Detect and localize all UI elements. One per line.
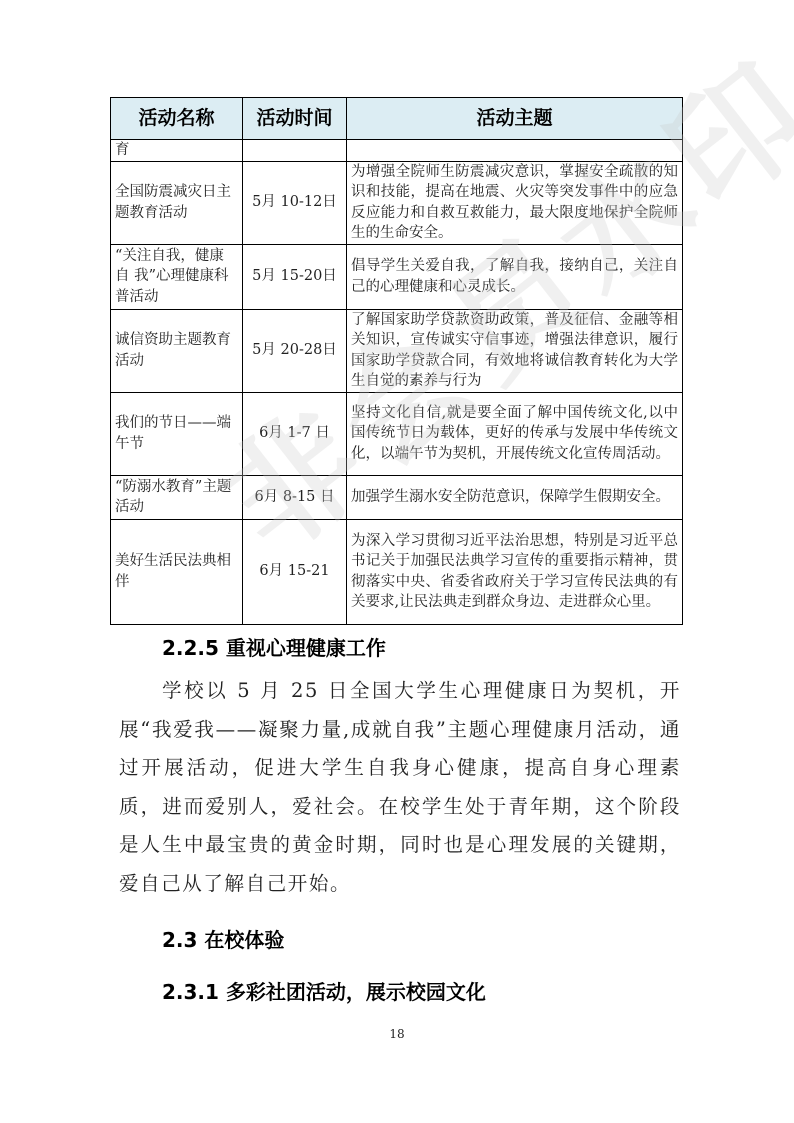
activity-topic: 为深入学习贯彻习近平法治思想，特别是习近平总书记关于加强民法典学习宣传的重要指示…: [347, 519, 683, 624]
table-row: 全国防震减灾日主题教育活动 5月 10-12日 为增强全院师生防震减灾意识，掌握…: [111, 161, 683, 244]
document-page: 活动名称 活动时间 活动主题 育 全国防震减灾日主题教育活动 5月 10-12日…: [0, 0, 794, 1123]
activity-date: 5月 10-12日: [243, 161, 347, 244]
section-heading-2-3-1: 2.3.1 多彩社团活动，展示校园文化: [162, 976, 486, 1005]
header-activity-topic: 活动主题: [347, 98, 683, 140]
section-heading-2-2-5: 2.2.5 重视心理健康工作: [162, 632, 386, 661]
activity-topic: 加强学生溺水安全防范意识，保障学生假期安全。: [347, 475, 683, 519]
activity-topic: 坚持文化自信,就是要全面了解中国传统文化,以中国传统节日为载体，更好的传承与发展…: [347, 392, 683, 475]
table-row: 美好生活民法典相伴 6月 15-21 为深入学习贯彻习近平法治思想，特别是习近平…: [111, 519, 683, 624]
activity-topic: [347, 140, 683, 162]
activity-date: 5月 20-28日: [243, 309, 347, 392]
activity-date: 6月 1-7 日: [243, 392, 347, 475]
section-body-2-2-5: 学校以 5 月 25 日全国大学生心理健康日为契机，开展“我爱我——凝聚力量,成…: [119, 672, 681, 903]
activity-date: 5月 15-20日: [243, 244, 347, 309]
activity-name: 诚信资助主题教育活动: [111, 309, 243, 392]
activity-name: 美好生活民法典相伴: [111, 519, 243, 624]
header-activity-name: 活动名称: [111, 98, 243, 140]
activity-date: [243, 140, 347, 162]
activity-date: 6月 8-15 日: [243, 475, 347, 519]
activity-topic: 为增强全院师生防震减灾意识，掌握安全疏散的知识和技能，提高在地震、火灾等突发事件…: [347, 161, 683, 244]
activity-table: 活动名称 活动时间 活动主题 育 全国防震减灾日主题教育活动 5月 10-12日…: [110, 97, 683, 625]
table-row: 育: [111, 140, 683, 162]
activity-name: 全国防震减灾日主题教育活动: [111, 161, 243, 244]
table-row: 诚信资助主题教育活动 5月 20-28日 了解国家助学贷款资助政策，普及征信、金…: [111, 309, 683, 392]
activity-date: 6月 15-21: [243, 519, 347, 624]
table-header-row: 活动名称 活动时间 活动主题: [111, 98, 683, 140]
activity-name: 我们的节日——端午节: [111, 392, 243, 475]
page-number: 18: [0, 1027, 794, 1041]
activity-name: “防溺水教育”主题活动: [111, 475, 243, 519]
section-heading-2-3: 2.3 在校体验: [162, 924, 284, 953]
activity-name: “关注自我，健康自 我”心理健康科普活动: [111, 244, 243, 309]
header-activity-time: 活动时间: [243, 98, 347, 140]
activity-topic: 倡导学生关爱自我，了解自我，接纳自己，关注自己的心理健康和心灵成长。: [347, 244, 683, 309]
table-row: 我们的节日——端午节 6月 1-7 日 坚持文化自信,就是要全面了解中国传统文化…: [111, 392, 683, 475]
activity-name: 育: [111, 140, 243, 162]
table-row: “防溺水教育”主题活动 6月 8-15 日 加强学生溺水安全防范意识，保障学生假…: [111, 475, 683, 519]
table-row: “关注自我，健康自 我”心理健康科普活动 5月 15-20日 倡导学生关爱自我，…: [111, 244, 683, 309]
activity-topic: 了解国家助学贷款资助政策，普及征信、金融等相关知识，宣传诚实守信事迹，增强法律意…: [347, 309, 683, 392]
